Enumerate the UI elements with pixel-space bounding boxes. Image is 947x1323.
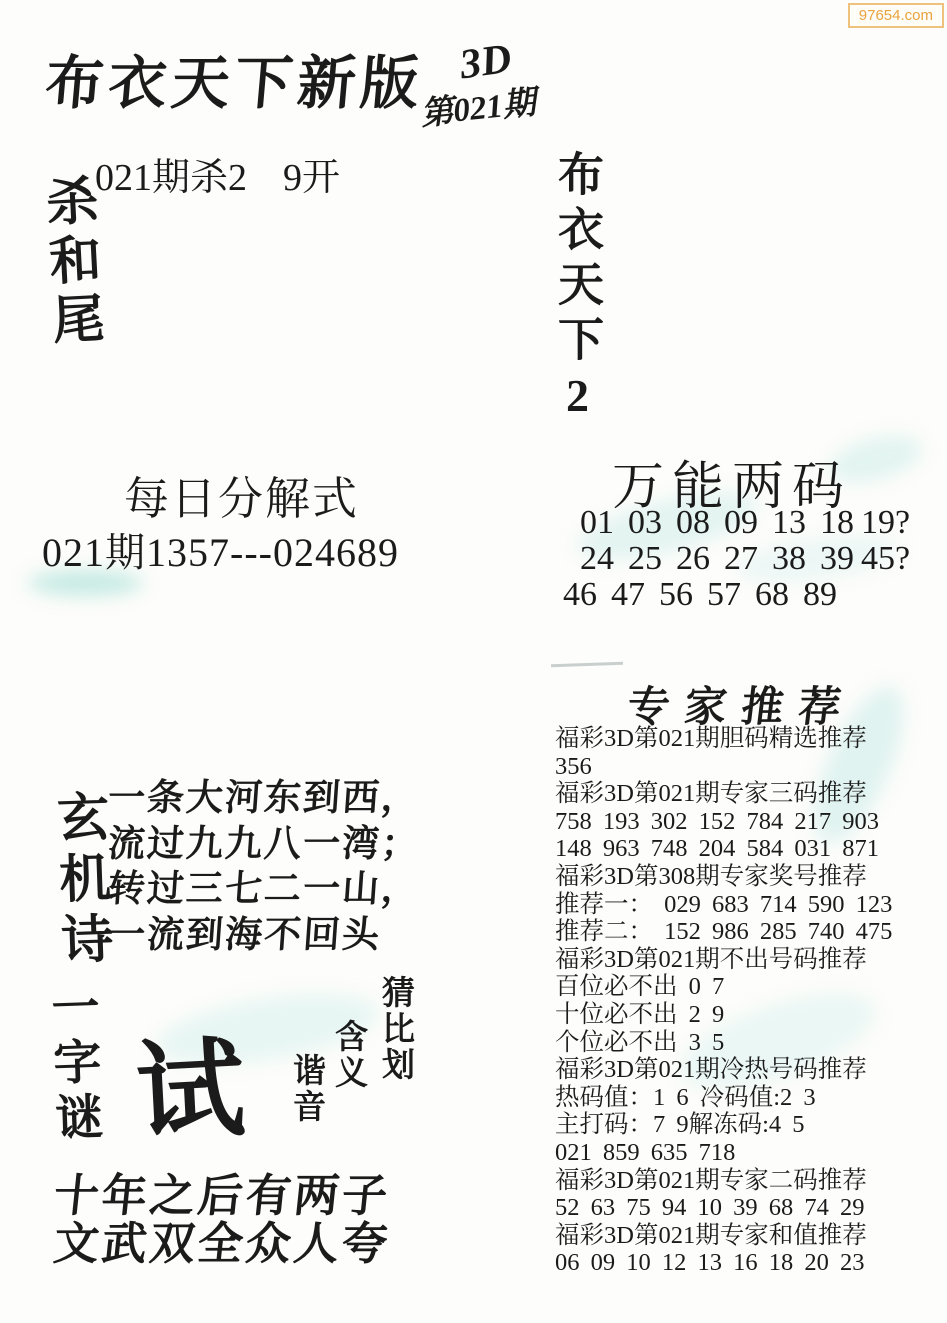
two-codes-row: 464756576889 [556,577,910,613]
expert-line: 148 963 748 204 584 031 871 [555,835,947,863]
number-cell: 27 [717,541,765,577]
number-cell: 57 [700,577,748,613]
expert-line: 52 63 75 94 10 39 68 74 29 [555,1194,947,1222]
riddle-hint-guess-strokes: 猜比划 [372,975,419,1083]
number-cell: 56 [652,577,700,613]
riddle-hint-homophone: 谐音 [283,1053,330,1125]
expert-recommend-list: 福彩3D第021期胆码精选推荐356福彩3D第021期专家三码推荐758 193… [555,725,947,1277]
issue-label: 第021期 [418,76,538,135]
number-cell: 19? [861,505,910,541]
number-cell: 09 [717,505,765,541]
number-cell: 39 [813,541,861,577]
expert-line: 福彩3D第021期冷热号码推荐 [555,1056,947,1084]
number-cell: 38 [765,541,813,577]
verse-line: 十年之后有两子 [51,1172,392,1220]
two-codes-row: 01030809131819? [556,505,910,541]
expert-line: 推荐一： 029 683 714 590 123 [555,891,947,919]
expert-line: 福彩3D第021期专家二码推荐 [555,1167,947,1195]
brand-banner: 布衣天下2 [544,150,610,430]
expert-line: 推荐二： 152 986 285 740 475 [555,918,947,946]
mystery-poem: 一条大河东到西，流过九九八一湾；转过三七二一山，一流到海不回头 [108,776,420,958]
number-cell: 46 [556,577,604,613]
daily-decompose-title: 每日分解式 [124,462,359,527]
two-codes-row: 24252627383945? [556,541,910,577]
number-cell: 45? [861,541,910,577]
number-cell: 24 [573,541,621,577]
expert-line: 758 193 302 152 784 217 903 [555,808,947,836]
expert-line: 百位必不出 0 7 [555,973,947,1001]
expert-line: 热码值：1 6 冷码值:2 3 [555,1084,947,1112]
verse-line: 文武双全众人夸 [51,1220,392,1268]
riddle-hint-meaning: 含义 [325,1019,372,1091]
divider-dash [551,662,623,668]
expert-line: 十位必不出 2 9 [555,1001,947,1029]
expert-line: 福彩3D第021期专家三码推荐 [555,780,947,808]
number-cell: 68 [748,577,796,613]
expert-line: 福彩3D第308期专家奖号推荐 [555,863,947,891]
expert-line: 主打码：7 9解冻码:4 5 [555,1111,947,1139]
number-cell: 01 [573,505,621,541]
site-badge[interactable]: 97654.com [848,3,944,28]
number-cell: 08 [669,505,717,541]
expert-line: 356 [555,753,947,781]
word-riddle-label: 一字谜 [35,981,110,1148]
number-cell: 03 [621,505,669,541]
bottom-verse: 十年之后有两子文武双全众人夸 [54,1172,390,1268]
daily-decompose-formula: 021期1357---024689 [42,521,399,578]
two-codes-grid: 01030809131819?24252627383945?4647565768… [556,505,910,613]
open-number-text: 9开 [283,146,340,201]
expert-line: 福彩3D第021期不出号码推荐 [555,946,947,974]
riddle-character: 试 [132,1001,248,1161]
expert-line: 个位必不出 3 5 [555,1029,947,1057]
kill-number-text: 021期杀2 [95,146,247,201]
number-cell: 26 [669,541,717,577]
number-cell: 25 [621,541,669,577]
expert-line: 福彩3D第021期胆码精选推荐 [555,725,947,753]
expert-line: 福彩3D第021期专家和值推荐 [555,1222,947,1250]
number-cell: 13 [765,505,813,541]
expert-line: 021 859 635 718 [555,1139,947,1167]
poem-line: 流过九九八一湾； [106,822,421,868]
lottery-tip-sheet: 97654.com 布衣天下新版 3D 第021期 021期杀2 9开 杀和尾 … [0,0,947,1323]
number-cell: 18 [813,505,861,541]
kill-sum-tail-label: 杀和尾 [27,172,111,353]
page-title: 布衣天下新版 [42,36,427,120]
number-cell: 89 [796,577,844,613]
poem-line: 一流到海不回头 [106,913,421,959]
number-cell: 47 [604,577,652,613]
poem-line: 一条大河东到西， [106,776,421,822]
poem-line: 转过三七二一山， [106,867,421,913]
expert-line: 06 09 10 12 13 16 18 20 23 [555,1249,947,1277]
